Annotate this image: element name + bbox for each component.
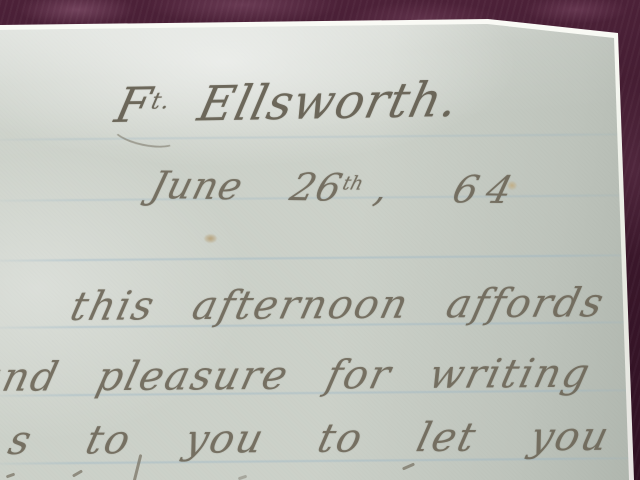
letter-heading-date: June 26th, 64 [146, 163, 526, 212]
body-line-1: this afternoon affords [66, 280, 610, 330]
ruled-line [0, 254, 632, 262]
letter-heading-place: Ft.Ellsworth. [110, 72, 465, 134]
date-year: , 64 [370, 166, 526, 212]
body-line-3: s to you to let you [4, 414, 615, 464]
date-ordinal-superscript: th [340, 172, 366, 194]
ink-stain [204, 234, 217, 243]
fort-abbreviation-superscript: t. [149, 88, 174, 114]
ruled-line [0, 133, 632, 141]
place-name: Ellsworth. [193, 72, 465, 133]
paper-sheet [0, 0, 640, 480]
date-month-day: June 26 [146, 163, 348, 209]
body-line-2: and pleasure for writing [0, 351, 596, 401]
